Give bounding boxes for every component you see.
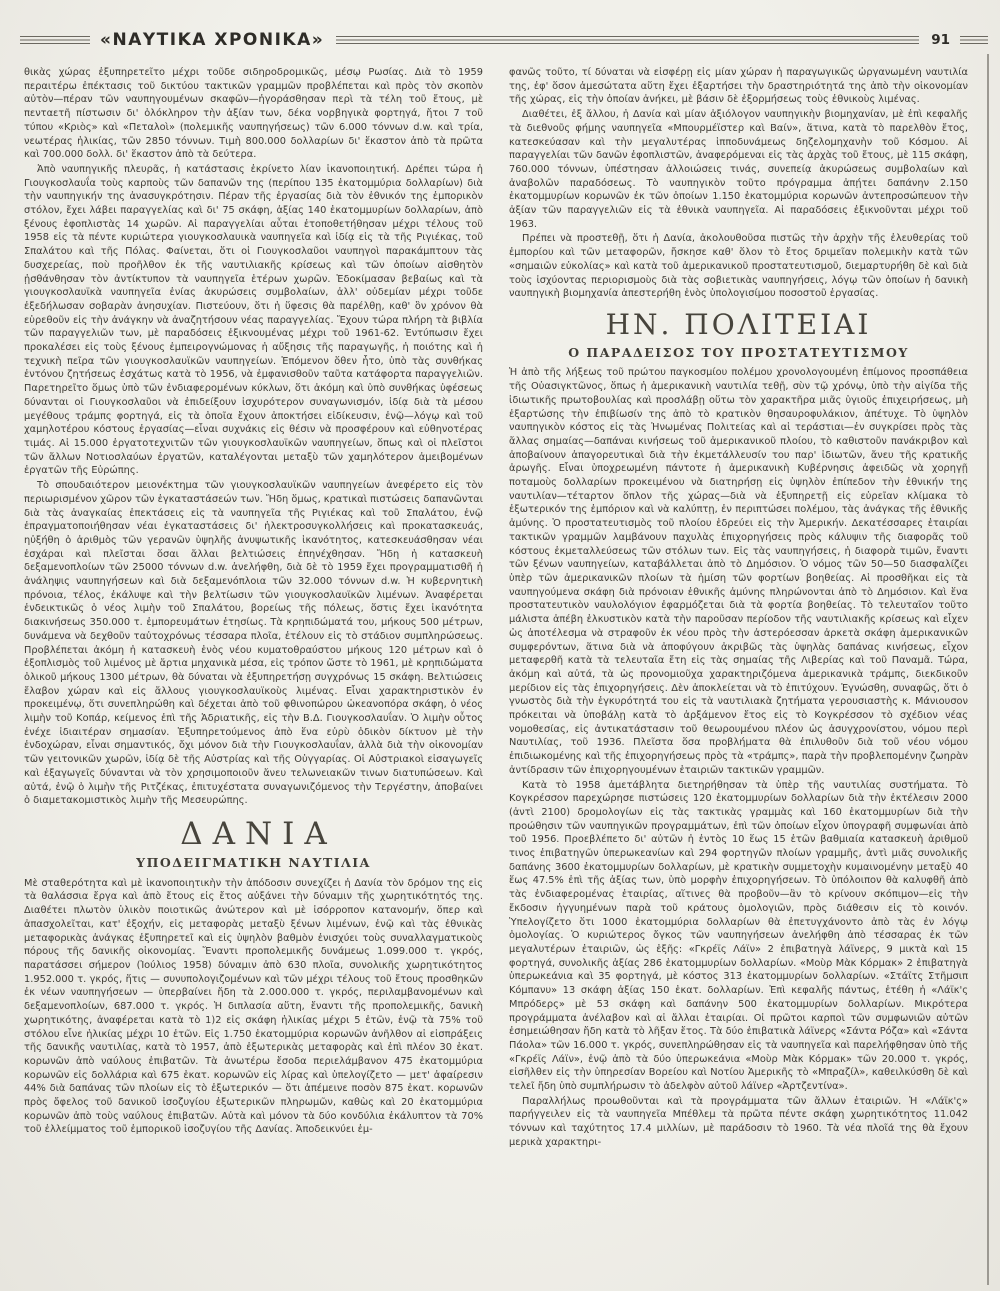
dania-section-heading: ΔΑΝΙΑ ΥΠΟΔΕΙΓΜΑΤΙΚΗ ΝΑΥΤΙΛΙΑ <box>24 817 483 870</box>
dania-continued-paragraph-2: Διαθέτει, ἐξ ἄλλου, ἡ Δανία καὶ μίαν ἀξι… <box>509 108 968 231</box>
usa-paragraph-2: Κατὰ τὸ 1958 ἀμετάβλητα διετηρήθησαν τὰ … <box>509 779 968 1094</box>
page-number: 91 <box>931 32 950 48</box>
right-column: φανῶς τοῦτο, τί δύναται νὰ εἰσφέρῃ εἰς μ… <box>509 66 968 1150</box>
page-header: «ΝΑΥΤΙΚΑ ΧΡΟΝΙΚΑ» 91 <box>0 0 1000 50</box>
dania-continued-paragraph-1: φανῶς τοῦτο, τί δύναται νὰ εἰσφέρῃ εἰς μ… <box>509 66 968 107</box>
dania-continued-paragraph-3: Πρέπει νὰ προστεθῇ, ὅτι ἡ Δανία, ἀκολουθ… <box>509 232 968 301</box>
left-column: θικὰς χώρας ἐξυπηρετεῖτο μέχρι τοῦδε σιδ… <box>24 66 483 1150</box>
yugoslavia-paragraph-2: Ἀπὸ ναυπηγικῆς πλευρᾶς, ἡ κατάστασις ἐκρ… <box>24 163 483 478</box>
dania-paragraph-1: Μὲ σταθερότητα καὶ μὲ ἱκανοποιητικὴν τὴν… <box>24 877 483 1137</box>
header-rule-left <box>20 36 90 44</box>
yugoslavia-paragraph-3: Τὸ σπουδαιότερον μειονέκτημα τῶν γιουγκο… <box>24 479 483 808</box>
usa-paragraph-3: Παραλλήλως προωθοῦνται καὶ τὰ προγράμματ… <box>509 1095 968 1150</box>
two-column-layout: θικὰς χώρας ἐξυπηρετεῖτο μέχρι τοῦδε σιδ… <box>0 50 1000 1150</box>
header-rule-middle <box>336 36 919 44</box>
scan-page-edge-line <box>987 54 989 1285</box>
header-rule-right <box>960 36 988 44</box>
usa-section-heading: ΗΝ. ΠΟΛΙΤΕΙΑΙ Ο ΠΑΡΑΔΕΙΣΟΣ ΤΟΥ ΠΡΟΣΤΑΤΕΥ… <box>509 310 968 360</box>
yugoslavia-paragraph-1: θικὰς χώρας ἐξυπηρετεῖτο μέχρι τοῦδε σιδ… <box>24 66 483 162</box>
usa-subtitle: Ο ΠΑΡΑΔΕΙΣΟΣ ΤΟΥ ΠΡΟΣΤΑΤΕΥΤΙΣΜΟΥ <box>509 346 968 360</box>
dania-title: ΔΑΝΙΑ <box>24 817 483 851</box>
usa-title: ΗΝ. ΠΟΛΙΤΕΙΑΙ <box>509 310 968 341</box>
magazine-page: «ΝΑΥΤΙΚΑ ΧΡΟΝΙΚΑ» 91 θικὰς χώρας ἐξυπηρε… <box>0 0 1000 1291</box>
dania-subtitle: ΥΠΟΔΕΙΓΜΑΤΙΚΗ ΝΑΥΤΙΛΙΑ <box>24 856 483 870</box>
magazine-title: «ΝΑΥΤΙΚΑ ΧΡΟΝΙΚΑ» <box>100 30 324 50</box>
usa-paragraph-1: Ἡ ἀπὸ τῆς λήξεως τοῦ πρώτου παγκοσμίου π… <box>509 366 968 777</box>
